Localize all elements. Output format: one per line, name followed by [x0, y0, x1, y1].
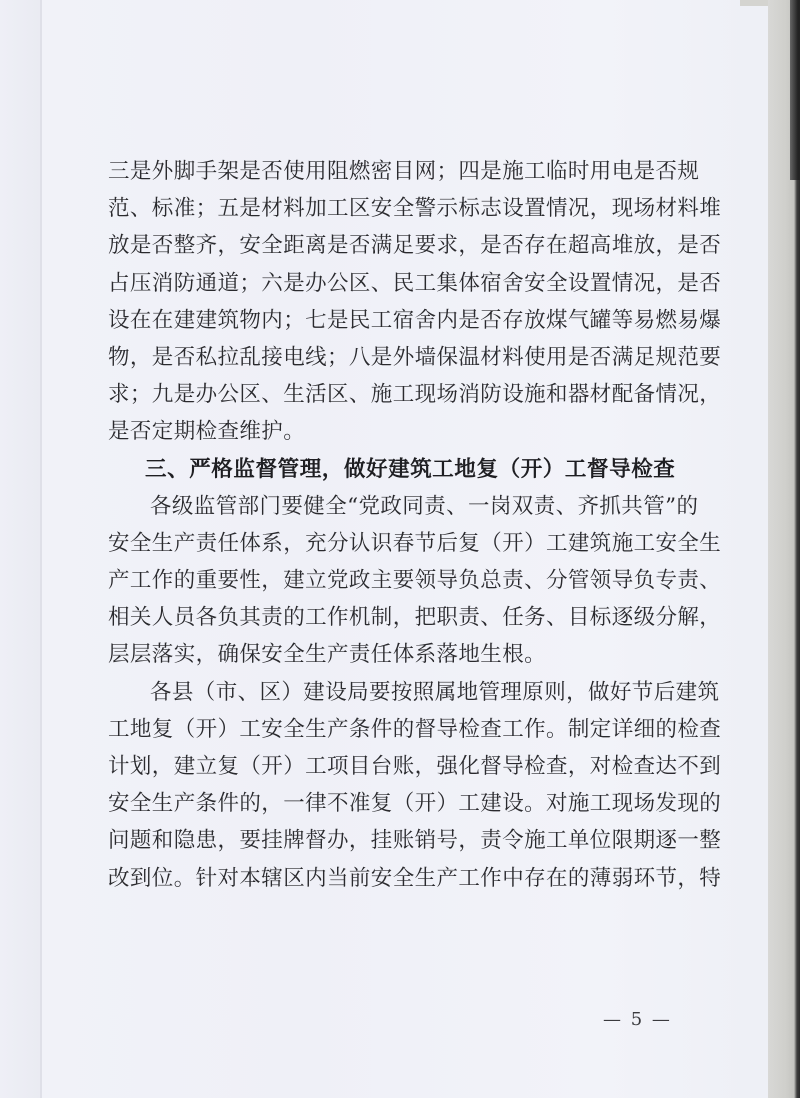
text-line: 物，是否私拉乱接电线；八是外墙保温材料使用是否满足规范要 [108, 339, 688, 376]
text-line: 占压消防通道；六是办公区、民工集体宿舍安全设置情况，是否 [108, 265, 688, 302]
text-line: 问题和隐患，要挂牌督办，挂账销号，责令施工单位限期逐一整 [108, 822, 688, 859]
document-body: 三是外脚手架是否使用阻燃密目网；四是施工临时用电是否规 范、标准；五是材料加工区… [108, 153, 688, 897]
text-line: 计划，建立复（开）工项目台账，强化督导检查，对检查达不到 [108, 748, 688, 785]
scanner-border [790, 0, 800, 180]
text-line: 改到位。针对本辖区内当前安全生产工作中存在的薄弱环节，特 [108, 860, 688, 897]
text-line: 工地复（开）工安全生产条件的督导检查工作。制定详细的检查 [108, 711, 688, 748]
text-line: 求；九是办公区、生活区、施工现场消防设施和器材配备情况， [108, 376, 688, 413]
text-line: 相关人员各负其责的工作机制，把职责、任务、目标逐级分解， [108, 599, 688, 636]
text-line: 范、标准；五是材料加工区安全警示标志设置情况，现场材料堆 [108, 190, 688, 227]
text-line: 安全生产责任体系，充分认识春节后复（开）工建筑施工安全生 [108, 525, 688, 562]
text-line: 各县（市、区）建设局要按照属地管理原则，做好节后建筑 [108, 674, 688, 711]
text-line: 放是否整齐，安全距离是否满足要求，是否存在超高堆放，是否 [108, 227, 688, 264]
text-line: 各级监管部门要健全“党政同责、一岗双责、齐抓共管”的 [108, 488, 688, 525]
page-fold-shadow [40, 0, 42, 1098]
text-line: 是否定期检查维护。 [108, 413, 688, 450]
text-line: 三是外脚手架是否使用阻燃密目网；四是施工临时用电是否规 [108, 153, 688, 190]
text-line: 设在在建建筑物内；七是民工宿舍内是否存放煤气罐等易燃易爆 [108, 302, 688, 339]
text-line: 层层落实，确保安全生产责任体系落地生根。 [108, 636, 688, 673]
text-line: 安全生产条件的，一律不准复（开）工建设。对施工现场发现的 [108, 785, 688, 822]
page-number: — 5 — [603, 1009, 672, 1030]
text-line: 产工作的重要性，建立党政主要领导负总责、分管领导负专责、 [108, 562, 688, 599]
section-heading: 三、严格监督管理，做好建筑工地复（开）工督导检查 [108, 451, 688, 488]
